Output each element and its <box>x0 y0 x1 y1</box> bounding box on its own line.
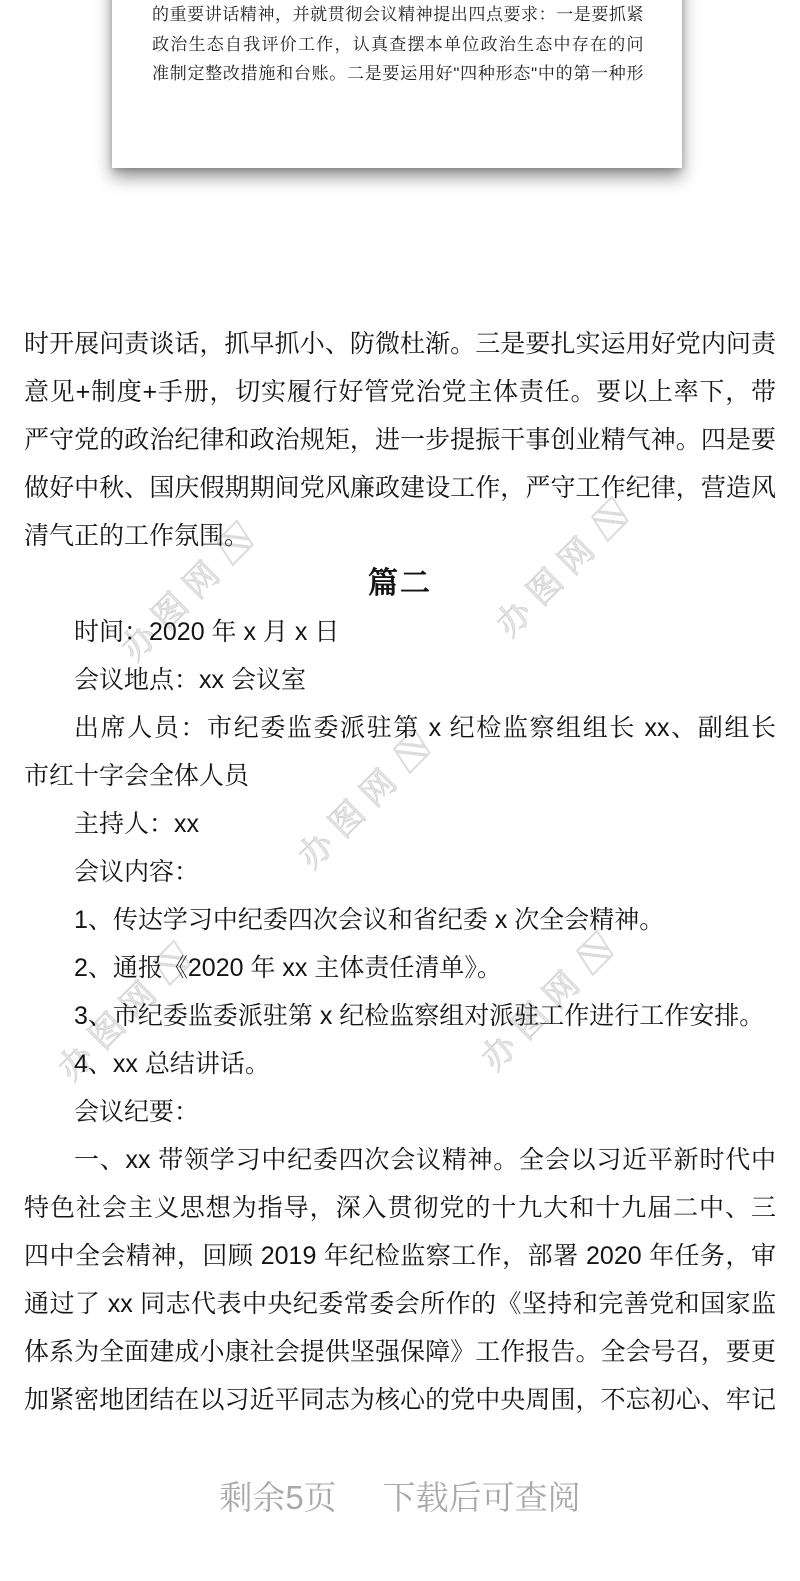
preview-card-text: 的重要讲话精神，并就贯彻会议精神提出四点要求：一是要抓紧开展政治生态自我评价工作… <box>112 0 682 89</box>
doc-line: 四中全会精神，回顾 2019 年纪检监察工作，部署 2020 年任务，审议 <box>24 1232 776 1280</box>
doc-line: 主持人：xx <box>24 800 776 848</box>
doc-line: 市红十字会全体人员 <box>24 752 776 800</box>
doc-line: 通过了 xx 同志代表中央纪委常委会所作的《坚持和完善党和国家监督 <box>24 1280 776 1328</box>
doc-line: 加紧密地团结在以习近平同志为核心的党中央周围，不忘初心、牢记 <box>24 1376 776 1424</box>
doc-line: 4、xx 总结讲话。 <box>24 1040 776 1088</box>
page: { "page": { "background": "#ffffff", "te… <box>0 0 800 1581</box>
doc-line: 清气正的工作氛围。 <box>24 512 776 560</box>
doc-line: 1、传达学习中纪委四次会议和省纪委 x 次全会精神。 <box>24 896 776 944</box>
section-title: 篇二 <box>24 560 776 608</box>
page-preview-card: 的重要讲话精神，并就贯彻会议精神提出四点要求：一是要抓紧开展政治生态自我评价工作… <box>112 0 682 168</box>
doc-line: 会议内容： <box>24 848 776 896</box>
remaining-pages-hint: 剩余5页下载后可查阅 <box>0 1478 800 1518</box>
doc-line: 时开展问责谈话，抓早抓小、防微杜渐。三是要扎实运用好党内问责 <box>24 320 776 368</box>
doc-line: 2、通报《2020 年 xx 主体责任清单》。 <box>24 944 776 992</box>
doc-line: 体系为全面建成小康社会提供坚强保障》工作报告。全会号召，要更 <box>24 1328 776 1376</box>
doc-line: 意见+制度+手册，切实履行好管党治党主体责任。要以上率下，带头 <box>24 368 776 416</box>
doc-line: 会议纪要： <box>24 1088 776 1136</box>
doc-line: 特色社会主义思想为指导，深入贯彻党的十九大和十九届二中、三中、 <box>24 1184 776 1232</box>
doc-line: 做好中秋、国庆假期期间党风廉政建设工作，严守工作纪律，营造风 <box>24 464 776 512</box>
document-body: 时开展问责谈话，抓早抓小、防微杜渐。三是要扎实运用好党内问责意见+制度+手册，切… <box>24 320 776 1424</box>
remaining-pages-count: 剩余5页 <box>219 1479 336 1516</box>
doc-line: 出席人员：市纪委监委派驻第 x 纪检监察组组长 xx、副组长 xx、 <box>24 704 776 752</box>
doc-line: 3、市纪委监委派驻第 x 纪检监察组对派驻工作进行工作安排。 <box>24 992 776 1040</box>
doc-line: 时间：2020 年 x 月 x 日 <box>24 608 776 656</box>
preview-card-line: 准制定整改措施和台账。二是要运用好"四种形态"中的第一种形态，及 <box>152 59 644 89</box>
preview-card-line: 的重要讲话精神，并就贯彻会议精神提出四点要求：一是要抓紧开展 <box>152 0 644 30</box>
doc-line: 严守党的政治纪律和政治规矩，进一步提振干事创业精气神。四是要 <box>24 416 776 464</box>
doc-line: 一、xx 带领学习中纪委四次会议精神。全会以习近平新时代中国 <box>24 1136 776 1184</box>
preview-card-line: 政治生态自我评价工作，认真查摆本单位政治生态中存在的问题，精 <box>152 30 644 60</box>
doc-line: 会议地点：xx 会议室 <box>24 656 776 704</box>
download-to-view-hint: 下载后可查阅 <box>383 1479 581 1516</box>
